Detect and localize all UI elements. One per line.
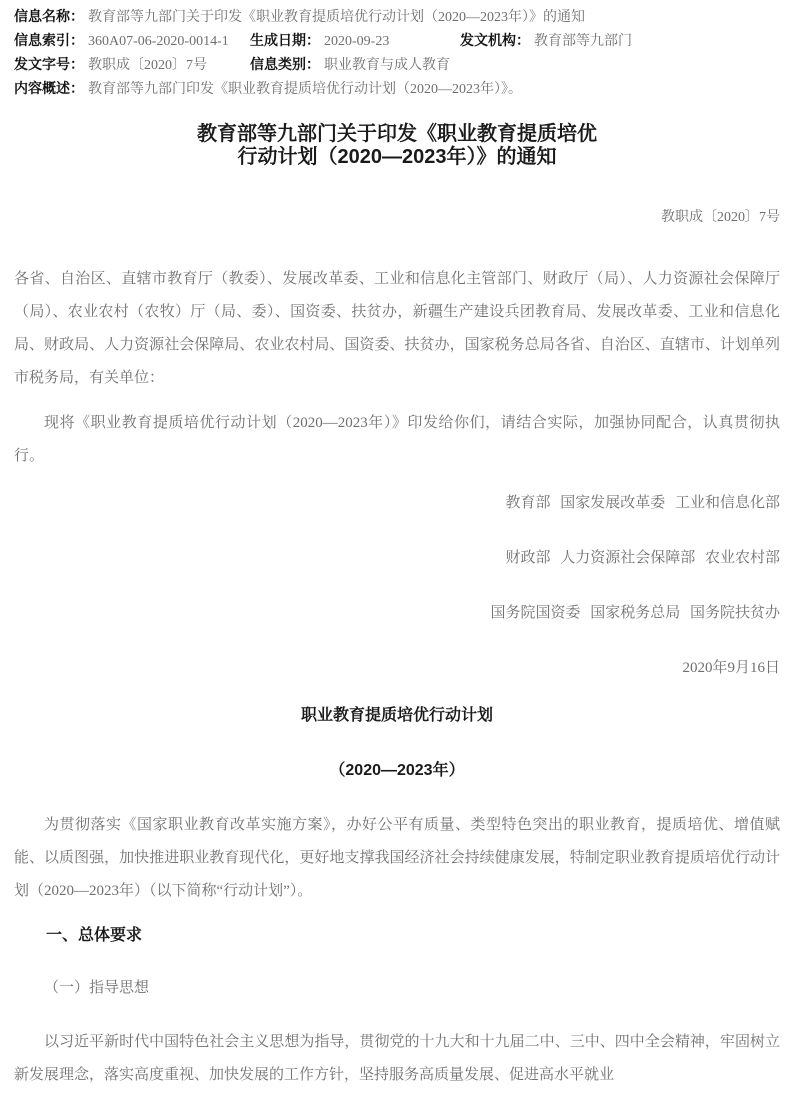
- meta-name-label: 信息名称：: [14, 8, 84, 24]
- meta-row-summary: 内容概述：教育部等九部门印发《职业教育提质培优行动计划（2020—2023年）》…: [14, 77, 780, 101]
- meta-row-index-date-issuer: 信息索引：360A07-06-2020-0014-1 生成日期：2020-09-…: [14, 29, 780, 53]
- meta-category-label: 信息类别：: [250, 56, 320, 72]
- document-page: 信息名称：教育部等九部门关于印发《职业教育提质培优行动计划（2020—2023年…: [0, 0, 794, 1108]
- signature-line-3: 国务院国资委 国家税务总局 国务院扶贫办: [14, 597, 780, 630]
- meta-row-docno-category: 发文字号：教职成〔2020〕7号 信息类别：职业教育与成人教育: [14, 53, 780, 77]
- meta-summary-label: 内容概述：: [14, 80, 84, 96]
- signature-line-2: 财政部 人力资源社会保障部 农业农村部: [14, 542, 780, 575]
- signature-date: 2020年9月16日: [14, 652, 780, 685]
- salutation-paragraph: 各省、自治区、直辖市教育厅（教委）、发展改革委、工业和信息化主管部门、财政厅（局…: [14, 263, 780, 395]
- meta-summary-value: 教育部等九部门印发《职业教育提质培优行动计划（2020—2023年）》。: [88, 82, 522, 97]
- section-1-paragraph: 以习近平新时代中国特色社会主义思想为指导，贯彻党的十九大和十九届二中、三中、四中…: [14, 1026, 780, 1092]
- meta-index-value: 360A07-06-2020-0014-1: [88, 34, 229, 49]
- meta-docno-segment: 发文字号：教职成〔2020〕7号: [14, 53, 250, 77]
- meta-date-segment: 生成日期：2020-09-23: [250, 29, 460, 53]
- attachment-title: 职业教育提质培优行动计划: [14, 699, 780, 732]
- section-1-heading: 一、总体要求: [14, 919, 780, 952]
- meta-issuer-label: 发文机构：: [460, 32, 530, 48]
- meta-date-label: 生成日期：: [250, 32, 320, 48]
- meta-docno-label: 发文字号：: [14, 56, 84, 72]
- document-number: 教职成〔2020〕7号: [14, 207, 780, 229]
- forward-paragraph: 现将《职业教育提质培优行动计划（2020—2023年）》印发给你们，请结合实际，…: [14, 407, 780, 473]
- meta-category-segment: 信息类别：职业教育与成人教育: [250, 53, 450, 77]
- meta-name-value: 教育部等九部门关于印发《职业教育提质培优行动计划（2020—2023年）》的通知: [88, 10, 585, 25]
- document-title: 教育部等九部门关于印发《职业教育提质培优 行动计划（2020—2023年）》的通…: [14, 123, 780, 169]
- attachment-title-years: （2020—2023年）: [14, 754, 780, 787]
- meta-row-name: 信息名称：教育部等九部门关于印发《职业教育提质培优行动计划（2020—2023年…: [14, 5, 780, 29]
- signature-line-1: 教育部 国家发展改革委 工业和信息化部: [14, 487, 780, 520]
- meta-docno-value: 教职成〔2020〕7号: [88, 58, 207, 73]
- meta-index-label: 信息索引：: [14, 32, 84, 48]
- meta-date-value: 2020-09-23: [324, 34, 389, 49]
- document-title-line-1: 教育部等九部门关于印发《职业教育提质培优: [14, 123, 780, 146]
- meta-index-segment: 信息索引：360A07-06-2020-0014-1: [14, 29, 250, 53]
- meta-issuer-segment: 发文机构：教育部等九部门: [460, 29, 632, 53]
- intro-paragraph: 为贯彻落实《国家职业教育改革实施方案》，办好公平有质量、类型特色突出的职业教育，…: [14, 809, 780, 908]
- document-metadata: 信息名称：教育部等九部门关于印发《职业教育提质培优行动计划（2020—2023年…: [14, 5, 780, 101]
- section-1-subheading: （一）指导思想: [14, 972, 780, 1005]
- meta-category-value: 职业教育与成人教育: [324, 58, 450, 73]
- document-title-line-2: 行动计划（2020—2023年）》的通知: [14, 146, 780, 169]
- meta-issuer-value: 教育部等九部门: [534, 34, 632, 49]
